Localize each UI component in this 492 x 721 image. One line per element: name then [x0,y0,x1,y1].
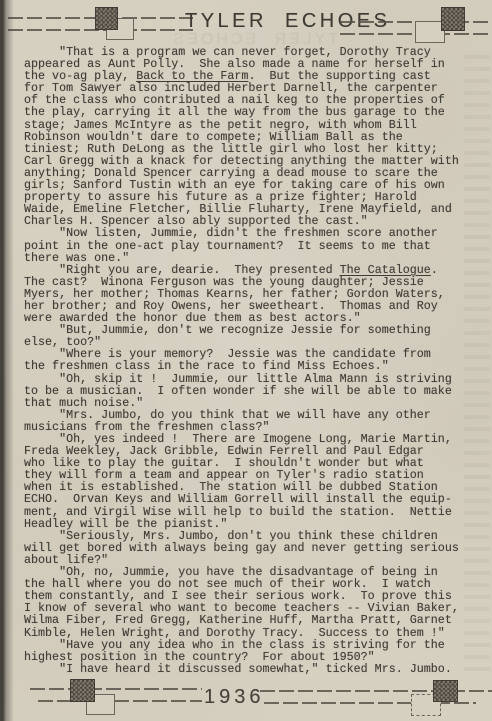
typewriter-line: "Right you are, dearie. They presented T… [24,264,474,276]
typewriter-line: highest position in the country? For abo… [24,651,474,663]
typewriter-line: the play, carrying it all the way from t… [24,106,474,118]
typewriter-line: the freshmen class in the race to find M… [24,360,474,372]
ornament-rule [38,700,202,702]
typewriter-line: point in the one-act play tournament? It… [24,240,474,252]
typewriter-line: Kimble, Helen Wright, and Dorothy Tracy.… [24,627,474,639]
typewriter-line: "Have you any idea who in the class is s… [24,639,474,651]
typewriter-line: ECHO. Orvan Keys and William Gorrell wil… [24,493,474,505]
ornament-dark-square [433,680,458,702]
typewriter-line: Headley will be the pianist." [24,518,474,530]
typewriter-line: Wilma Fiber, Fred Gregg, Katherine Huff,… [24,614,474,626]
ornament-dark-square [441,7,465,31]
typewriter-line: "Oh, skip it ! Jummie, our little Alma M… [24,373,474,385]
year-label: 1936 [204,686,265,709]
typewriter-line: stage; James McIntyre as the petit negro… [24,119,474,131]
typewriter-line: ment, and Virgil Wise will help to build… [24,506,474,518]
ornament-rule [264,702,476,704]
typewritten-text: "That is a program we can never forget, … [24,46,474,675]
ornament-rule [30,688,202,690]
typewriter-line: that much noise." [24,397,474,409]
typewriter-line: "Now listen, Jummie, didn't the freshmen… [24,227,474,239]
ornament-dark-square [70,679,95,702]
binding-shadow [0,0,14,721]
typewriter-line: "I have heard it discussed somewhat," ti… [24,663,474,675]
ornament-dark-square [95,7,118,30]
typewriter-line: Robinson wouldn't dare to compete; Willi… [24,131,474,143]
typewriter-line: to be a musician. I often wonder if she … [24,385,474,397]
scanned-page: TYLER ECHOES TYLER ECHOES "That is a pro… [0,0,492,721]
